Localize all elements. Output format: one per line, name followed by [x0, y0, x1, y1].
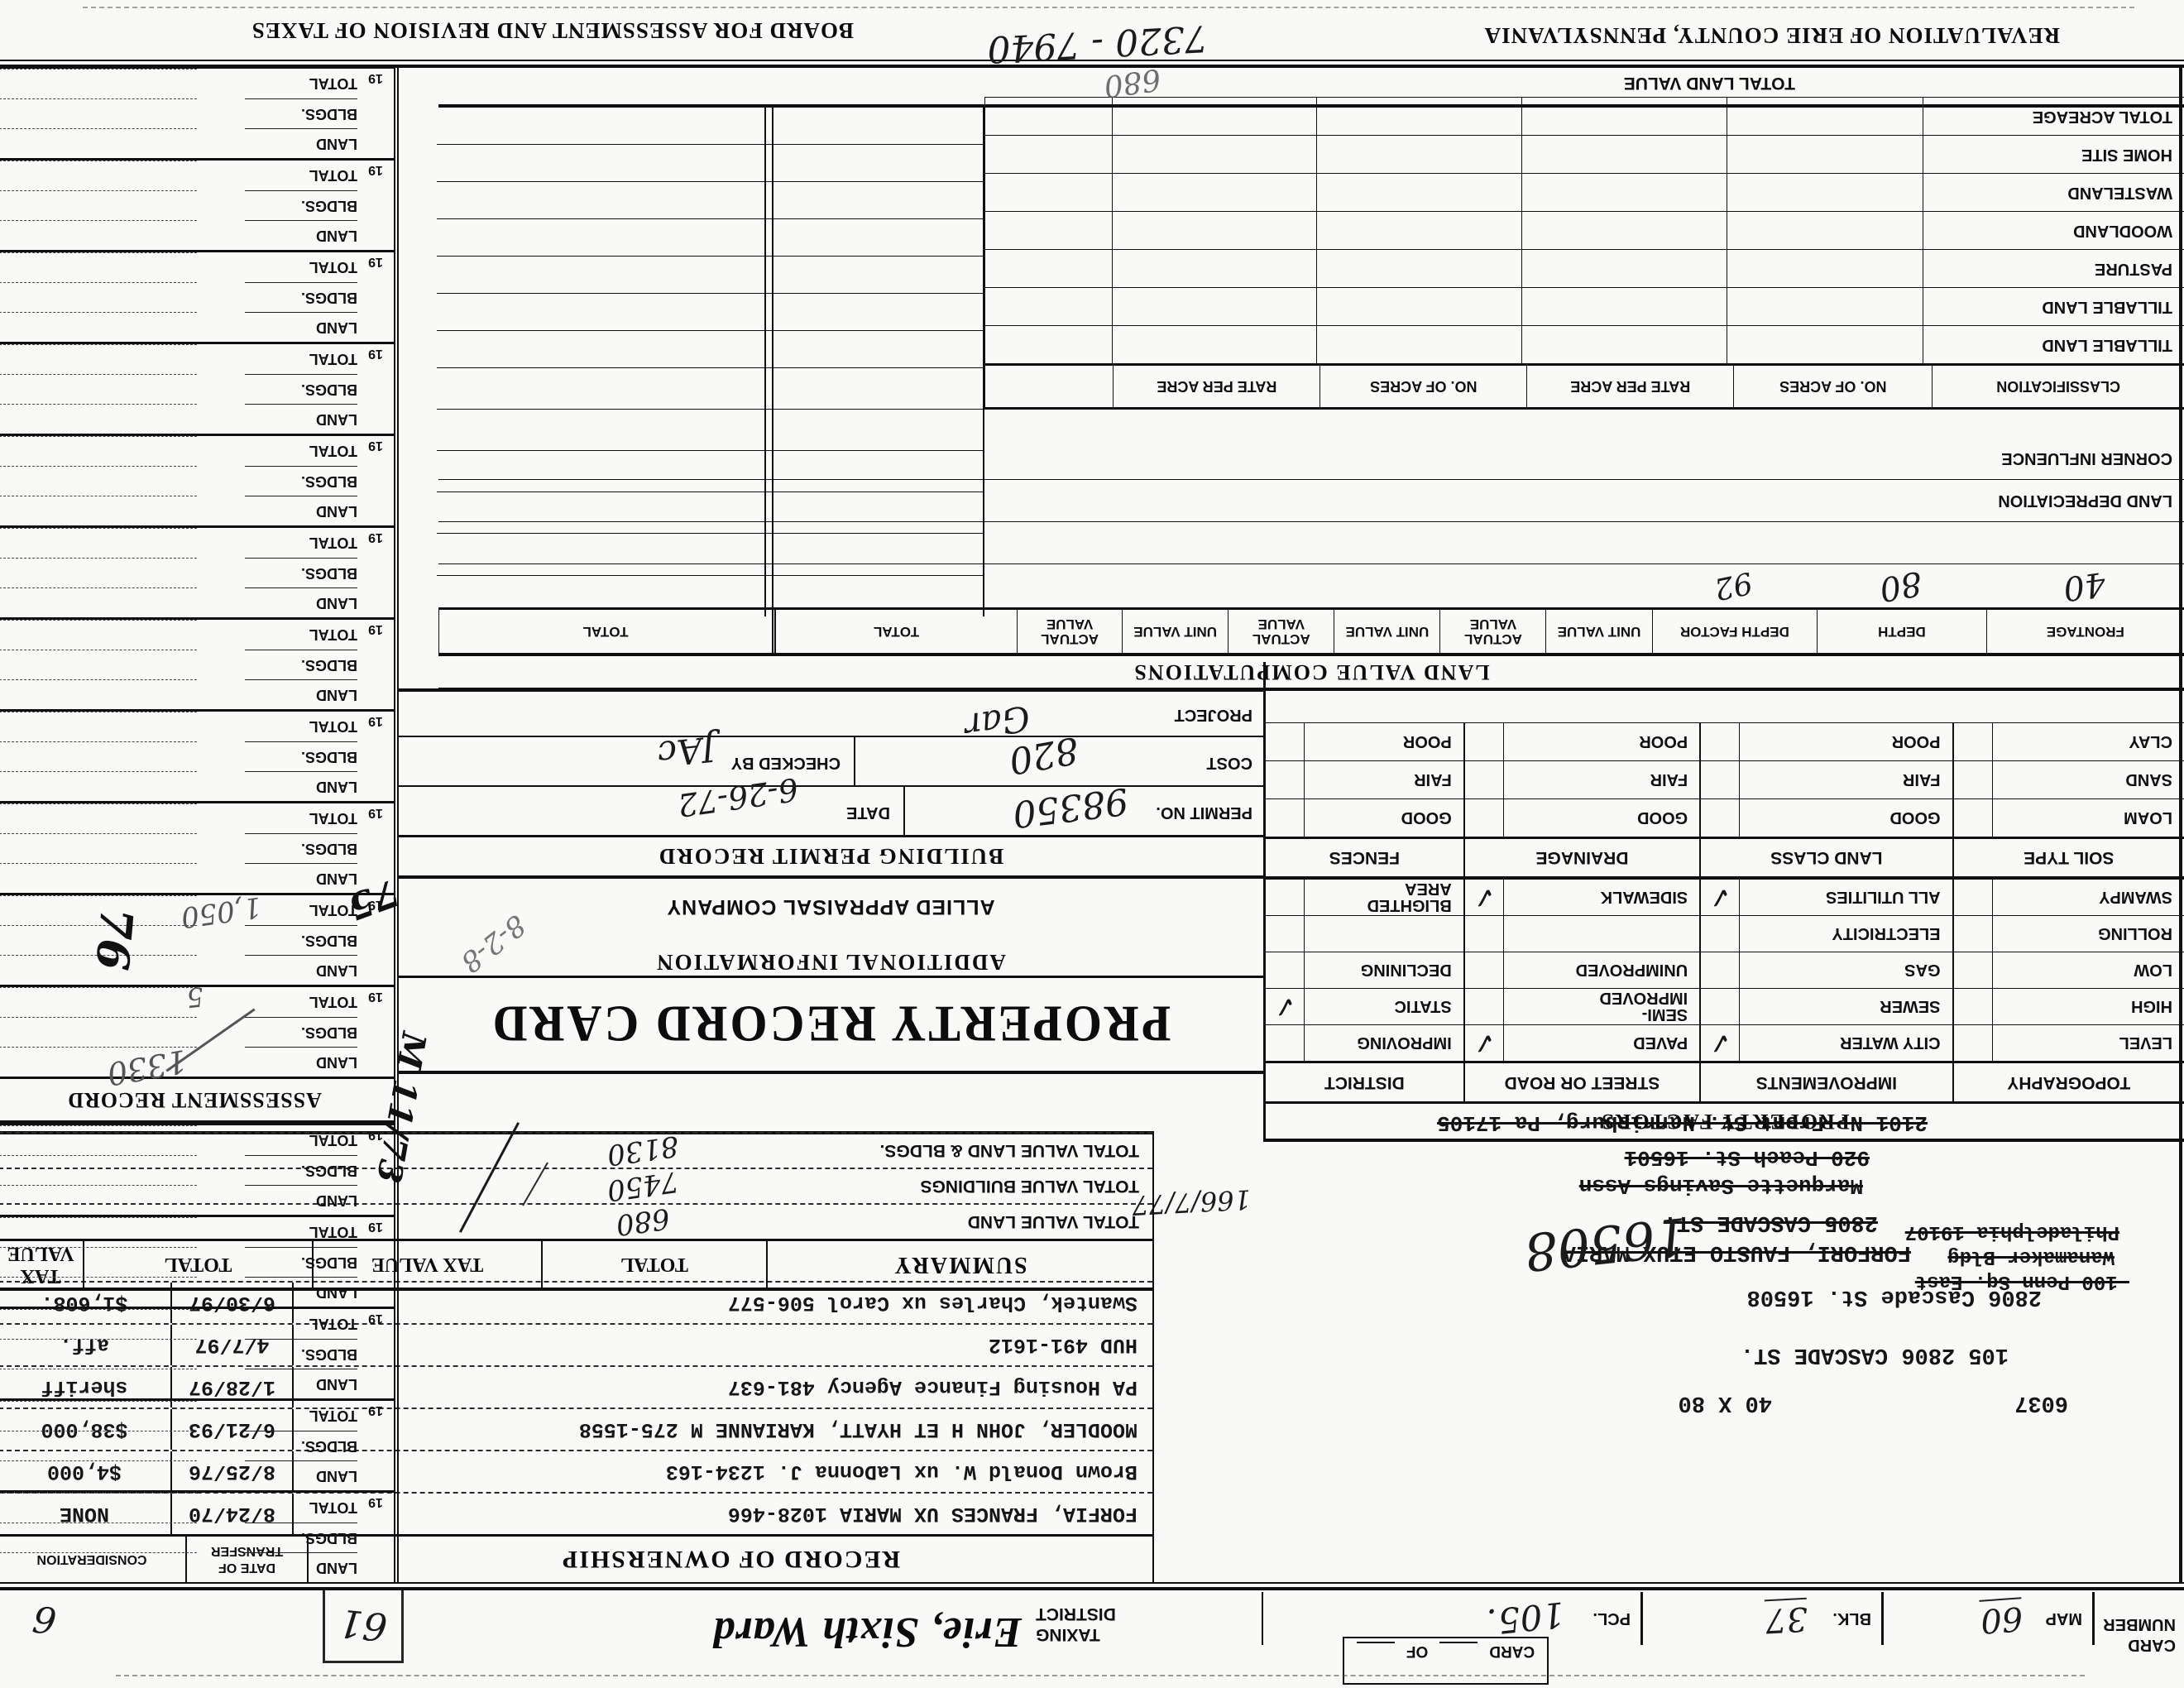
assessment-value-line	[0, 252, 197, 282]
assessment-group: LANDBLDGS.19TOTAL	[0, 342, 394, 434]
factor-check-cell	[1954, 916, 1993, 952]
factor-check-cell	[1465, 989, 1504, 1024]
checkmark: ✓	[1706, 880, 1734, 916]
map-value-handwritten: 60	[1979, 1597, 2024, 1639]
struck-penn-sq: -100 Penn Sq. East	[1915, 1270, 2129, 1292]
header-rule-2	[0, 1582, 2184, 1584]
factor-group-header: STREET OR ROAD	[1463, 1063, 1699, 1101]
assessment-group: LANDBLDGS.19TOTAL	[0, 709, 394, 801]
assessment-value-line	[0, 282, 197, 312]
factor-row: LEVELCITY WATER✓PAVED✓IMPROVING	[1266, 1024, 2184, 1061]
soil-headers: SOIL TYPELAND CLASSDRAINAGEFENCES	[1266, 837, 2184, 879]
factor-check-cell	[1701, 952, 1740, 988]
factor-group-header: TOPOGRAPHY	[1952, 1063, 2184, 1101]
assessment-group: LANDBLDGS.19TOTAL	[0, 525, 394, 617]
assessment-value-line	[0, 190, 197, 220]
marker-note-3: 76	[85, 906, 143, 972]
factor-check-cell	[1954, 989, 1993, 1024]
factor-check-cell	[1266, 880, 1305, 915]
assessment-groups-upper: LANDBLDGS.19TOTALLANDBLDGS.19TOTALLANDBL…	[0, 1120, 394, 1582]
struck-wanamaker: Wanamaker Bldg	[1947, 1245, 2115, 1268]
assessment-group: LANDBLDGS.19TOTAL	[0, 1398, 394, 1490]
land-computation-header: FRONTAGE	[1986, 610, 2184, 653]
assessment-value-line	[0, 741, 197, 771]
summary-col-total-1: TOTAL	[543, 1241, 768, 1288]
assessment-value-line	[0, 771, 197, 801]
assessment-value-line	[0, 803, 197, 833]
assessment-value-line	[0, 558, 197, 587]
totals-subtable	[437, 108, 984, 616]
acreage-row: HOME SITE	[984, 135, 2184, 173]
factor-check-cell	[1954, 799, 1993, 837]
assessment-value-line	[0, 987, 197, 1017]
assessment-value-line	[0, 404, 197, 434]
land-computation-header: ACTUAL VALUE	[1439, 610, 1545, 653]
assessment-value-line	[0, 1185, 197, 1215]
building-permit-table: BUILDING PERMIT RECORD PERMIT NO. 98350 …	[397, 688, 1264, 879]
property-record-card: CARD NUMBER MAP 60 BLK. 37 PCL. 105. CAR…	[0, 0, 2184, 1688]
factor-check-cell	[1465, 916, 1504, 952]
assessment-value-line	[0, 1309, 197, 1339]
assessment-value-line	[0, 1401, 197, 1431]
card-number-label: CARD NUMBER	[2093, 1614, 2176, 1655]
soil-header: FENCES	[1266, 839, 1463, 876]
property-factors-table: PROPERTY FACTORS TOPOGRAPHYIMPROVEMENTSS…	[1266, 722, 2184, 1142]
frontage-value: 40	[2062, 564, 2109, 608]
land-computation-header: DEPTH FACTOR	[1652, 610, 1818, 653]
checkmark: ✓	[1271, 989, 1299, 1025]
acreage-headers: CLASSIFICATIONNO. OF ACRESRATE PER ACREN…	[984, 363, 2184, 407]
card-of-box: CARD OF	[1343, 1637, 1549, 1685]
assessment-value-line	[0, 1277, 197, 1307]
assessment-value-line	[0, 128, 197, 158]
assessment-value-line	[0, 863, 197, 893]
pcl-label: PCL.	[1592, 1609, 1631, 1628]
factor-row: SANDFAIRFAIRFAIR	[1266, 760, 2184, 798]
assessment-group: LANDBLDGS.19TOTAL	[0, 158, 394, 250]
taxing-district-label: TAXING DISTRICT	[1036, 1604, 1176, 1645]
depth-factor-value: 92	[1711, 565, 1755, 607]
factor-row: LOAMGOODGOODGOOD	[1266, 798, 2184, 837]
assessment-value-line	[0, 436, 197, 466]
assessment-group: LANDBLDGS.19TOTAL	[0, 1123, 394, 1215]
factor-rows: LEVELCITY WATER✓PAVED✓IMPROVINGHIGHSEWER…	[1266, 879, 2184, 1061]
assessment-value-line	[0, 496, 197, 525]
factor-check-cell	[1701, 916, 1740, 952]
checkmark: ✓	[1470, 1025, 1498, 1062]
assessment-group: LANDBLDGS.19TOTAL	[0, 1215, 394, 1307]
assessment-group: LANDBLDGS.19TOTAL	[0, 617, 394, 709]
blk-label: BLK.	[1832, 1609, 1871, 1628]
assessment-group: LANDBLDGS.19TOTAL	[0, 434, 394, 525]
soil-header: DRAINAGE	[1463, 839, 1699, 876]
assessment-group: LANDBLDGS.19TOTAL	[0, 1307, 394, 1398]
assessment-value-line	[0, 679, 197, 709]
assessment-value-line	[0, 1460, 197, 1490]
footer-board: BOARD FOR ASSESSMENT AND REVISION OF TAX…	[251, 17, 854, 43]
factor-check-cell	[1266, 761, 1305, 798]
acreage-header: NO. OF ACRES	[1319, 366, 1526, 407]
land-computation-header: ACTUAL VALUE	[1228, 610, 1334, 653]
card-of-of-label: OF	[1406, 1642, 1428, 1660]
assessment-record-title: ASSESSMENT RECORD	[0, 1077, 394, 1120]
card-of-card-label: CARD	[1489, 1642, 1535, 1660]
factor-check-cell	[1266, 916, 1305, 952]
assessment-value-line	[0, 1155, 197, 1185]
map-label: MAP	[2046, 1609, 2082, 1628]
assessment-value-line	[0, 833, 197, 863]
acreage-row: WASTELAND	[984, 173, 2184, 211]
assessment-value-line	[0, 69, 197, 98]
assessment-value-line	[0, 528, 197, 558]
page-box-value: 61	[337, 1600, 390, 1650]
factor-check-cell: ✓	[1266, 989, 1305, 1024]
handwritten-page-box: 61	[323, 1587, 404, 1663]
factor-row: SWAMPYALL UTILITIES✓SIDEWALK✓BLIGHTED AR…	[1266, 879, 2184, 915]
acreage-row: TILLABLE LAND	[984, 325, 2184, 363]
assessment-value-line	[0, 712, 197, 741]
assessment-column: LANDBLDGS.19TOTALLANDBLDGS.19TOTALLANDBL…	[0, 65, 399, 1582]
factor-check-cell	[1954, 723, 1993, 760]
corner-influence-label: CORNER INFLUENCE	[2001, 449, 2184, 468]
assessment-bldgs-pencil: 5	[185, 981, 205, 1014]
acreage-header: CLASSIFICATION	[1932, 366, 2184, 407]
assessment-value-line	[0, 374, 197, 404]
header-rule	[0, 1587, 2184, 1590]
factor-check-cell	[1465, 952, 1504, 988]
permit-no-label: PERMIT NO.	[1128, 787, 1264, 835]
depth-value: 80	[1876, 563, 1924, 608]
additional-information-header: ADDITIONAL INFORMATION	[397, 949, 1264, 975]
assessment-value-line	[0, 1217, 197, 1247]
lot-size-typed: 40 X 80	[1679, 1390, 1772, 1415]
assessment-value-line	[0, 620, 197, 650]
assessment-value-line	[0, 312, 197, 342]
assessment-value-line	[0, 1369, 197, 1398]
factor-check-cell	[1701, 989, 1740, 1024]
assessment-value-line	[0, 1247, 197, 1277]
checkmark: ✓	[1470, 880, 1498, 916]
assessment-value-line	[0, 1431, 197, 1460]
assessment-group: LANDBLDGS.19TOTAL	[0, 66, 394, 158]
scan-artifact-top	[116, 1675, 2085, 1676]
assessment-group: LANDBLDGS.19TOTAL	[0, 1490, 394, 1582]
acreage-row: PASTURE	[984, 249, 2184, 287]
factor-group-header: DISTRICT	[1266, 1063, 1463, 1101]
corner-handwritten-number: 6	[31, 1596, 60, 1641]
factor-check-cell	[1465, 799, 1504, 837]
assessment-value-line	[0, 1552, 197, 1582]
acreage-header: RATE PER ACRE	[1526, 366, 1733, 407]
taxing-district-stamp: Erie, Sixth Ward	[712, 1608, 1022, 1657]
factor-check-cell	[1701, 723, 1740, 760]
assessment-value-line	[0, 587, 197, 617]
assessment-value-line	[0, 344, 197, 374]
factor-row: HIGHSEWERSEMI- IMPROVEDSTATIC✓	[1266, 988, 2184, 1024]
assessment-value-line	[0, 98, 197, 128]
factor-check-cell	[1465, 723, 1504, 760]
land-computation-header: UNIT VALUE	[1334, 610, 1439, 653]
struck-philadelphia: Philadelphia 19107	[1905, 1220, 2119, 1243]
factor-row: LOWGASUNIMPROVEDDECLINING	[1266, 952, 2184, 988]
struck-peach-st: 920 Peach St. 16501	[1625, 1145, 1870, 1170]
factor-check-cell: ✓	[1701, 880, 1740, 915]
scan-artifact-bottom	[83, 7, 2134, 8]
factor-check-cell	[1266, 723, 1305, 760]
factor-check-cell	[1954, 952, 1993, 988]
pcl-value-handwritten: 105.	[1486, 1594, 1567, 1643]
total-land-value-row: TOTAL LAND VALUE 680	[438, 61, 2184, 108]
factor-check-cell	[1465, 761, 1504, 798]
parcel-typed-id: 6037	[2014, 1390, 2068, 1415]
factor-check-cell	[1701, 761, 1740, 798]
total-land-value-label: TOTAL LAND VALUE	[1624, 73, 1795, 93]
factor-row: ROLLINGELECTRICITY	[1266, 915, 2184, 952]
acreage-header: RATE PER ACRE	[1113, 366, 1319, 407]
struck-cascade-2805: 2805 CASCADE ST.	[1664, 1210, 1878, 1235]
blk-value-handwritten: 37	[1765, 1598, 1808, 1640]
factor-check-cell	[1266, 952, 1305, 988]
property-factors-title: PROPERTY FACTORS	[1266, 1101, 2184, 1139]
assessment-value-line	[0, 1523, 197, 1552]
land-computation-header: DEPTH	[1817, 610, 1986, 653]
acreage-row: WOODLAND	[984, 211, 2184, 249]
acreage-table: CLASSIFICATIONNO. OF ACRESRATE PER ACREN…	[984, 97, 2184, 410]
land-computation-header: UNIT VALUE	[1122, 610, 1228, 653]
footer-revaluation: REVALUATION OF ERIE COUNTY, PENNSYLVANIA	[1484, 22, 2060, 48]
appraisal-company-line: ALLIED APPRAISAL COMPANY	[397, 894, 1264, 918]
assessment-value-line	[0, 1125, 197, 1155]
acreage-rows: TILLABLE LANDTILLABLE LANDPASTUREWOODLAN…	[984, 97, 2184, 363]
acreage-header	[984, 366, 1113, 407]
land-depreciation-label: LAND DEPRECIATION	[1998, 492, 2184, 511]
cascade-zip-handwritten: 16508	[1521, 1206, 1690, 1283]
summary-title: SUMMARY	[768, 1241, 1152, 1288]
soil-header: LAND CLASS	[1699, 839, 1952, 876]
factor-group-headers: TOPOGRAPHYIMPROVEMENTSSTREET OR ROADDIST…	[1266, 1061, 2184, 1101]
factor-check-cell	[1954, 761, 1993, 798]
factor-check-cell: ✓	[1465, 880, 1504, 915]
factor-check-cell	[1266, 1025, 1305, 1061]
land-computations-title: LAND VALUE COMPUTATIONS	[438, 653, 2184, 688]
acreage-header: NO. OF ACRES	[1733, 366, 1932, 407]
factor-check-cell	[1954, 880, 1993, 915]
assessment-value-line	[0, 220, 197, 250]
card-bottom-rule-1	[0, 65, 2184, 68]
project-label: PROJECT	[1128, 690, 1264, 736]
assessment-group: LANDBLDGS.19TOTAL	[0, 250, 394, 342]
typed-address-line: 105 2806 CASCADE ST.	[1741, 1342, 2009, 1367]
property-record-card-title: PROPERTY RECORD CARD	[491, 995, 1171, 1054]
assessment-value-line	[0, 1493, 197, 1523]
assessment-value-line	[0, 1017, 197, 1047]
assessment-value-line	[0, 466, 197, 496]
factor-check-cell	[1701, 799, 1740, 837]
assessment-value-line	[0, 1339, 197, 1369]
factor-row: CLAYPOORPOORPOOR	[1266, 722, 2184, 760]
assessment-value-line	[0, 161, 197, 190]
factor-check-cell	[1954, 1025, 1993, 1061]
ownership-title: RECORD OF OWNERSHIP	[309, 1537, 1152, 1582]
assessment-group: LANDBLDGS.19TOTAL	[0, 801, 394, 893]
acreage-row: TILLABLE LAND	[984, 287, 2184, 325]
factor-check-cell: ✓	[1701, 1025, 1740, 1061]
cost-label: COST	[1128, 737, 1264, 785]
struck-marquette: Marquette Savings Assn	[1579, 1173, 1863, 1198]
card-left-border	[2179, 65, 2182, 1582]
checkmark: ✓	[1706, 1025, 1734, 1062]
land-computation-header: ACTUAL VALUE	[1017, 610, 1122, 653]
factor-check-cell	[1266, 799, 1305, 837]
total-land-value-handwritten: 680	[1101, 62, 1162, 103]
soil-header: SOIL TYPE	[1952, 839, 2184, 876]
factor-check-cell: ✓	[1465, 1025, 1504, 1061]
factor-group-header: IMPROVEMENTS	[1699, 1063, 1952, 1101]
land-computation-header: UNIT VALUE	[1545, 610, 1651, 653]
assessment-value-line	[0, 650, 197, 679]
center-title-band: PROPERTY RECORD CARD	[397, 976, 1264, 1074]
soil-rows: LOAMGOODGOODGOODSANDFAIRFAIRFAIRCLAYPOOR…	[1266, 722, 2184, 837]
